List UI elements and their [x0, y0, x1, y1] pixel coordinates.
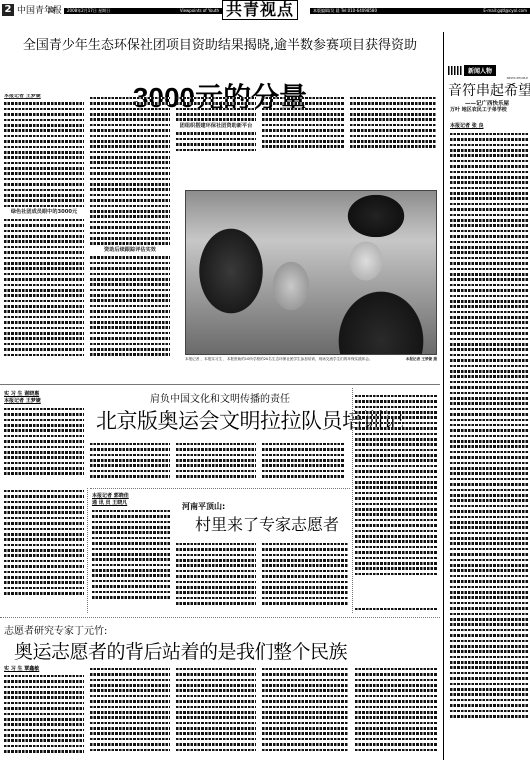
village-byline-1: 本报记者 郭晓佳: [92, 492, 129, 499]
sidebar-header: 新闻人物 NEWS PEOPLE: [448, 65, 528, 80]
volunteer-column-1: [4, 672, 84, 762]
contact-bar: 本版编辑/吴 晨 Tel:010-64098580 E-mail:gqtl@cy…: [310, 8, 530, 14]
editor-contact: 本版编辑/吴 晨 Tel:010-64098580: [313, 8, 377, 13]
dotted-divider: [90, 488, 350, 489]
lead-kicker: 全国青少年生态环保社团项目资助结果揭晓,逾半数参赛项目获得资助: [0, 34, 440, 53]
sidebar-headline: 音符串起希望: [448, 80, 530, 100]
village-byline-2: 通 讯 员 王晓凡: [92, 499, 127, 506]
dotted-divider-2: [0, 617, 440, 618]
sidebar-tag: 新闻人物: [464, 65, 496, 76]
barcode-icon: [448, 66, 462, 75]
olympic-column-5-end: [355, 605, 437, 615]
column-rule: [443, 32, 444, 760]
volunteer-headline: 奥运志愿者的背后站着的是我们整个民族: [14, 637, 347, 664]
olympic-column-1b: [4, 487, 84, 612]
olympic-column-4: [262, 440, 344, 485]
photo-credit: 本报记者 王梦婕 摄: [406, 357, 437, 362]
lead-column-4: [262, 94, 344, 154]
caption-text: 本报记者 ，本报实习生 ，本报资助的10所学校的20名生态环保社团学生参加培训，…: [185, 357, 373, 361]
village-column-1: [92, 507, 170, 612]
village-kicker: 河南平顶山:: [182, 501, 225, 512]
section-title: 共青视点: [222, 0, 298, 20]
village-column-2: [176, 540, 256, 612]
lead-column-3: 团组织搭建环保社团资助新平台: [176, 94, 256, 154]
olympic-column-1: [4, 405, 84, 485]
lead-subhead-3: 资助后续跟踪评估实效: [90, 248, 170, 253]
lead-column-2: 资助后续跟踪评估实效: [90, 94, 170, 356]
sidebar-body: [450, 130, 528, 760]
olympic-column-3: [176, 440, 256, 485]
dotted-divider-vertical-2: [352, 388, 353, 613]
volunteer-byline: 实 习 生 覃鑫敏: [4, 665, 39, 672]
lead-photo: [185, 190, 437, 355]
section-divider: [0, 384, 440, 385]
email-contact: E-mail:gqtl@cyol.com: [483, 8, 527, 14]
date-bar: 2008年2月17日 星期日 Viewpoints of Youth: [64, 8, 222, 14]
english-tag: Viewpoints of Youth: [180, 8, 219, 14]
page-number: 2: [2, 4, 14, 16]
volunteer-column-3: [176, 665, 256, 762]
lead-column-1: 本报记者 王梦婕 绿色社团成员眼中的3000元: [4, 94, 84, 356]
volunteer-column-2: [90, 665, 170, 762]
newspaper-logo: 中国青年报: [17, 3, 62, 16]
photo-caption: 本报记者 ，本报实习生 ，本报资助的10所学校的20名生态环保社团学生参加培训，…: [185, 357, 437, 362]
village-column-3: [262, 540, 348, 612]
volunteer-column-5: [355, 665, 437, 762]
sidebar-subtitle-2: 万叶 地区农民工子弟学校: [450, 106, 507, 113]
olympic-column-5: [355, 392, 437, 602]
lead-subhead-2: 团组织搭建环保社团资助新平台: [176, 124, 256, 129]
lead-subhead-1: 绿色社团成员眼中的3000元: [4, 210, 84, 215]
sidebar-byline: 本报记者 张 良: [450, 122, 483, 129]
olympic-kicker: 肩负中国文化和文明传播的责任: [150, 390, 290, 405]
lead-byline: 本报记者 王梦婕: [4, 94, 84, 99]
lead-column-5: [350, 94, 436, 154]
issue-date: 2008年2月17日 星期日: [67, 8, 110, 13]
olympic-byline-1: 实 习 生 谢晓惠: [4, 390, 39, 397]
volunteer-column-4: [262, 665, 348, 762]
olympic-column-2: [90, 440, 170, 485]
village-headline: 村里来了专家志愿者: [195, 512, 339, 535]
dotted-divider-vertical: [87, 488, 88, 613]
volunteer-kicker: 志愿者研究专家丁元竹:: [4, 622, 107, 637]
olympic-byline-2: 本报记者 王梦婕: [4, 397, 41, 404]
decorative-slashes: /////: [48, 6, 55, 14]
